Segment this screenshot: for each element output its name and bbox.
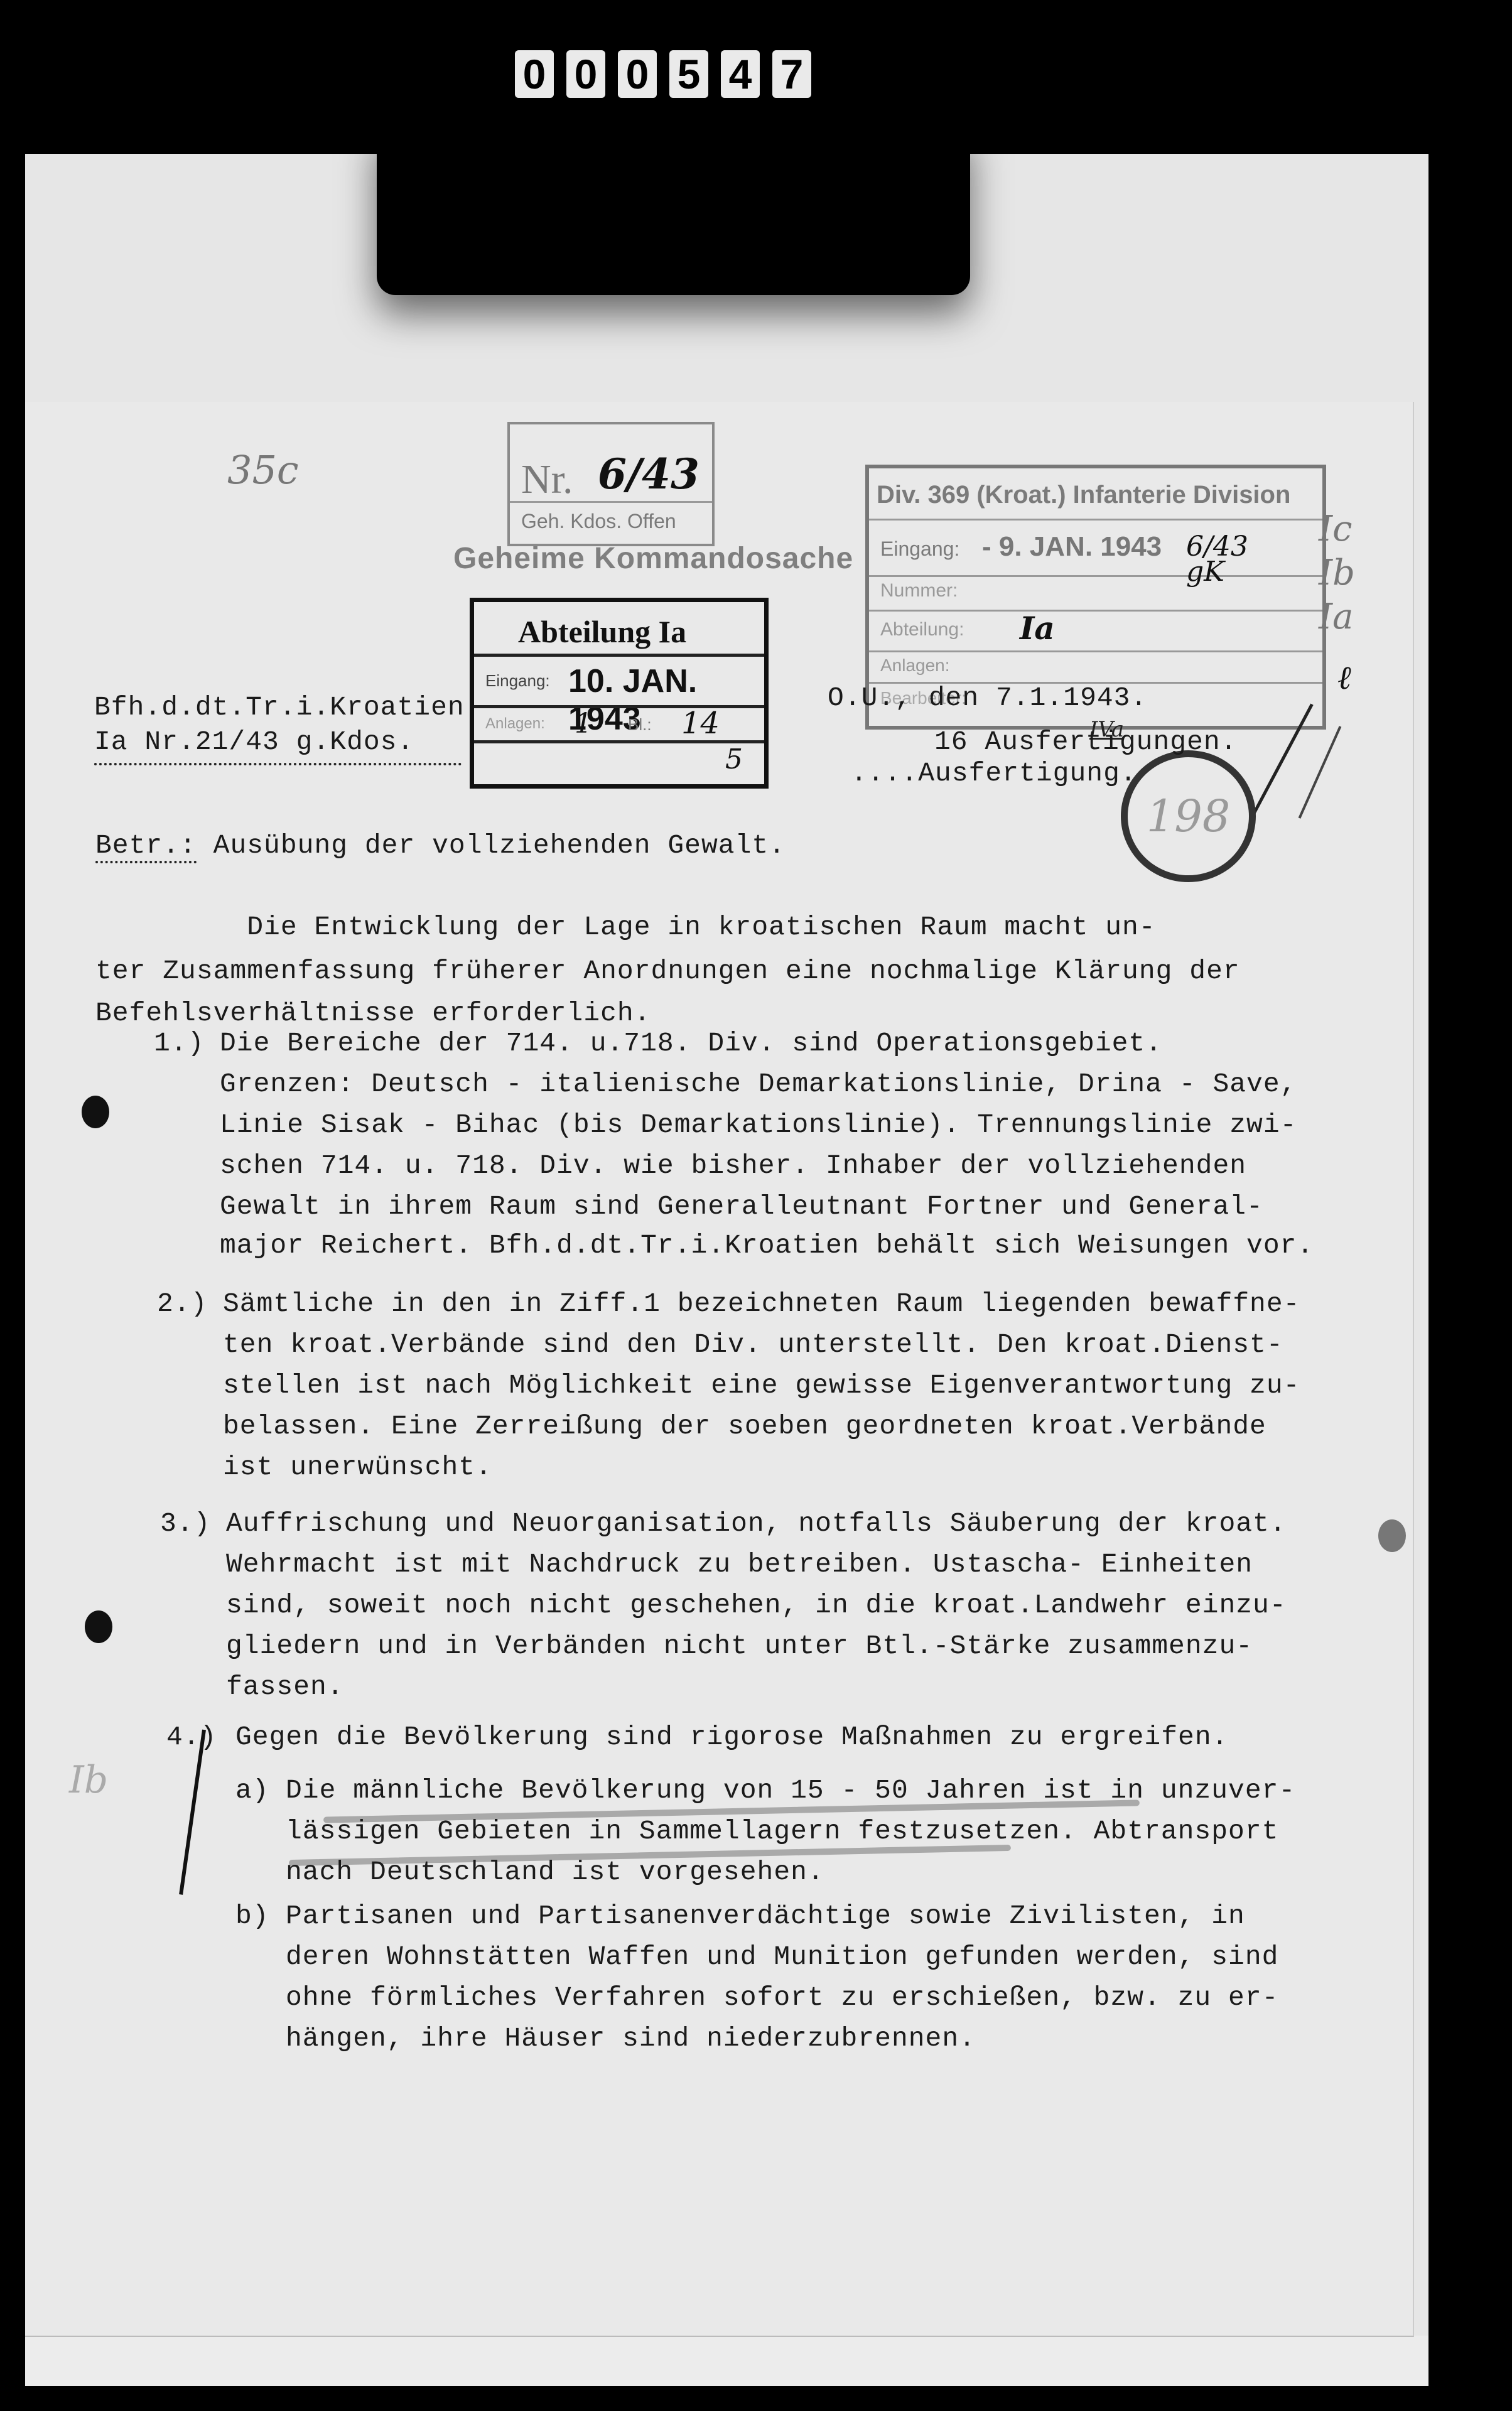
eingang-label: Eingang: [485,671,550,691]
frame-digit: 0 [566,50,605,98]
section-line: stellen ist nach Möglichkeit eine gewiss… [223,1372,1300,1399]
div-eingang-label: Eingang: [880,537,959,561]
abteilung-title: Abteilung Ia [518,613,686,650]
place-date: O.U., den 7.1.1943. [828,684,1147,711]
div-number-value: 6/43 gK [1186,534,1261,584]
section-number: 1.) [154,1030,204,1057]
section-number: 4.) [166,1723,217,1750]
punch-hole [85,1610,112,1643]
secret-classification: Geheime Kommandosache [453,541,853,576]
folio-ring-stamp: 198 [1121,750,1256,882]
section-line: schen 714. u. 718. Div. wie bisher. Inha… [220,1152,1246,1179]
section-line: gliedern und in Verbänden nicht unter Bt… [226,1632,1253,1659]
div-eingang-date: - 9. JAN. 1943 [982,531,1162,563]
division-title: Div. 369 (Kroat.) Infanterie Division [877,481,1290,509]
nr-stamp: Nr. 6/43 Geh. Kdos. Offen [507,422,715,546]
div-number-label: Nummer: [880,580,958,601]
margin-note-ia: Ia [1319,596,1354,637]
section-line: Linie Sisak - Bihac (bis Demarkationslin… [220,1111,1297,1138]
abteilung-stamp: Abteilung Ia Eingang: 10. JAN. 1943 Anla… [470,598,769,789]
subitem-line: ohne förmliches Verfahren sofort zu ersc… [286,1984,1278,2011]
nr-value: 6/43 [598,450,699,499]
frame-counter: 0 0 0 5 4 7 [515,50,811,98]
section-line: Auffrischung und Neuorganisation, notfal… [226,1510,1287,1537]
subject-label: Betr.: [95,830,197,863]
subitem-line: nach Deutschland ist vorgesehen. [286,1858,824,1885]
frame-digit: 0 [618,50,657,98]
copy-number: ....Ausfertigung. [851,760,1137,787]
anlagen-label: Anlagen: [485,715,545,733]
section-number: 3.) [160,1510,210,1537]
punch-hole [1378,1519,1406,1552]
div-abteilung-value: Ia [1020,610,1055,647]
div-anlagen-label: Anlagen: [880,655,950,676]
section-line: Gewalt in ihrem Raum sind Generalleutnan… [220,1193,1263,1220]
section-line: Wehrmacht ist mit Nachdruck zu betreiben… [226,1551,1253,1578]
section-line: fassen. [226,1673,344,1700]
section-line: sind, soweit noch nicht geschehen, in di… [226,1592,1287,1619]
section-line: Grenzen: Deutsch - italienische Demarkat… [220,1071,1297,1098]
frame-digit: 7 [772,50,811,98]
margin-note-ic: Ic [1319,509,1352,549]
bl-label: Bl.: [628,715,652,735]
subitem-label: b) [235,1902,269,1929]
subitem-line: Partisanen und Partisanenverdächtige sow… [286,1902,1245,1929]
intro-line: Die Entwicklung der Lage in kroatischen … [95,914,1156,941]
frame-digit: 0 [515,50,554,98]
section-line: Die Bereiche der 714. u.718. Div. sind O… [220,1030,1162,1057]
subitem-line: lässigen Gebieten in Sammellagern festzu… [286,1818,1278,1845]
page-bottom-edge [25,2336,1428,2386]
archive-note: 35c [227,447,299,493]
section-line: Sämtliche in den in Ziff.1 bezeichneten … [223,1290,1300,1317]
frame-digit: 5 [669,50,708,98]
subject: Betr.: Ausübung der vollziehenden Gewalt… [95,832,786,859]
section-line: belassen. Eine Zerreißung der soeben geo… [223,1413,1266,1440]
intro-line: Befehlsverhältnisse erforderlich. [95,1000,651,1027]
section-line: ten kroat.Verbände sind den Div. unterst… [223,1331,1283,1358]
nr-sub-label: Geh. Kdos. Offen [521,510,676,533]
left-margin-note: Ib [69,1758,108,1802]
reference-number: Ia Nr.21/43 g.Kdos. [94,728,462,765]
subitem-label: a) [235,1777,269,1804]
bl-value: 14 [681,706,720,741]
anlagen-value: 1 [575,708,592,740]
intro-line: ter Zusammenfassung früherer Anordnungen… [95,957,1240,984]
sender: Bfh.d.dt.Tr.i.Kroatien [94,694,465,721]
eingang-date: 10. JAN. 1943 [568,662,764,738]
subitem-line: hängen, ihre Häuser sind niederzubrennen… [286,2025,976,2052]
nr-label: Nr. [521,456,573,504]
section-line: Gegen die Bevölkerung sind rigorose Maßn… [235,1723,1228,1750]
div-abteilung-label: Abteilung: [880,619,964,640]
subitem-line: Die männliche Bevölkerung von 15 - 50 Ja… [286,1777,1295,1804]
subitem-line: deren Wohnstätten Waffen und Munition ge… [286,1943,1278,1970]
margin-note-ib: Ib [1319,553,1355,593]
subject-text: Ausübung der vollziehenden Gewalt. [213,830,786,861]
section-number: 2.) [157,1290,207,1317]
initials-mark: ℓ [1337,659,1351,697]
abteilung-mark: 5 [725,743,743,775]
frame-digit: 4 [721,50,760,98]
copies-count: 16 Ausfertigungen. [934,728,1237,755]
section-line: ist unerwünscht. [223,1454,492,1481]
punch-hole [82,1096,109,1128]
microfilm-clip [377,126,970,295]
section-line: major Reichert. Bfh.d.dt.Tr.i.Kroatien b… [220,1232,1314,1259]
